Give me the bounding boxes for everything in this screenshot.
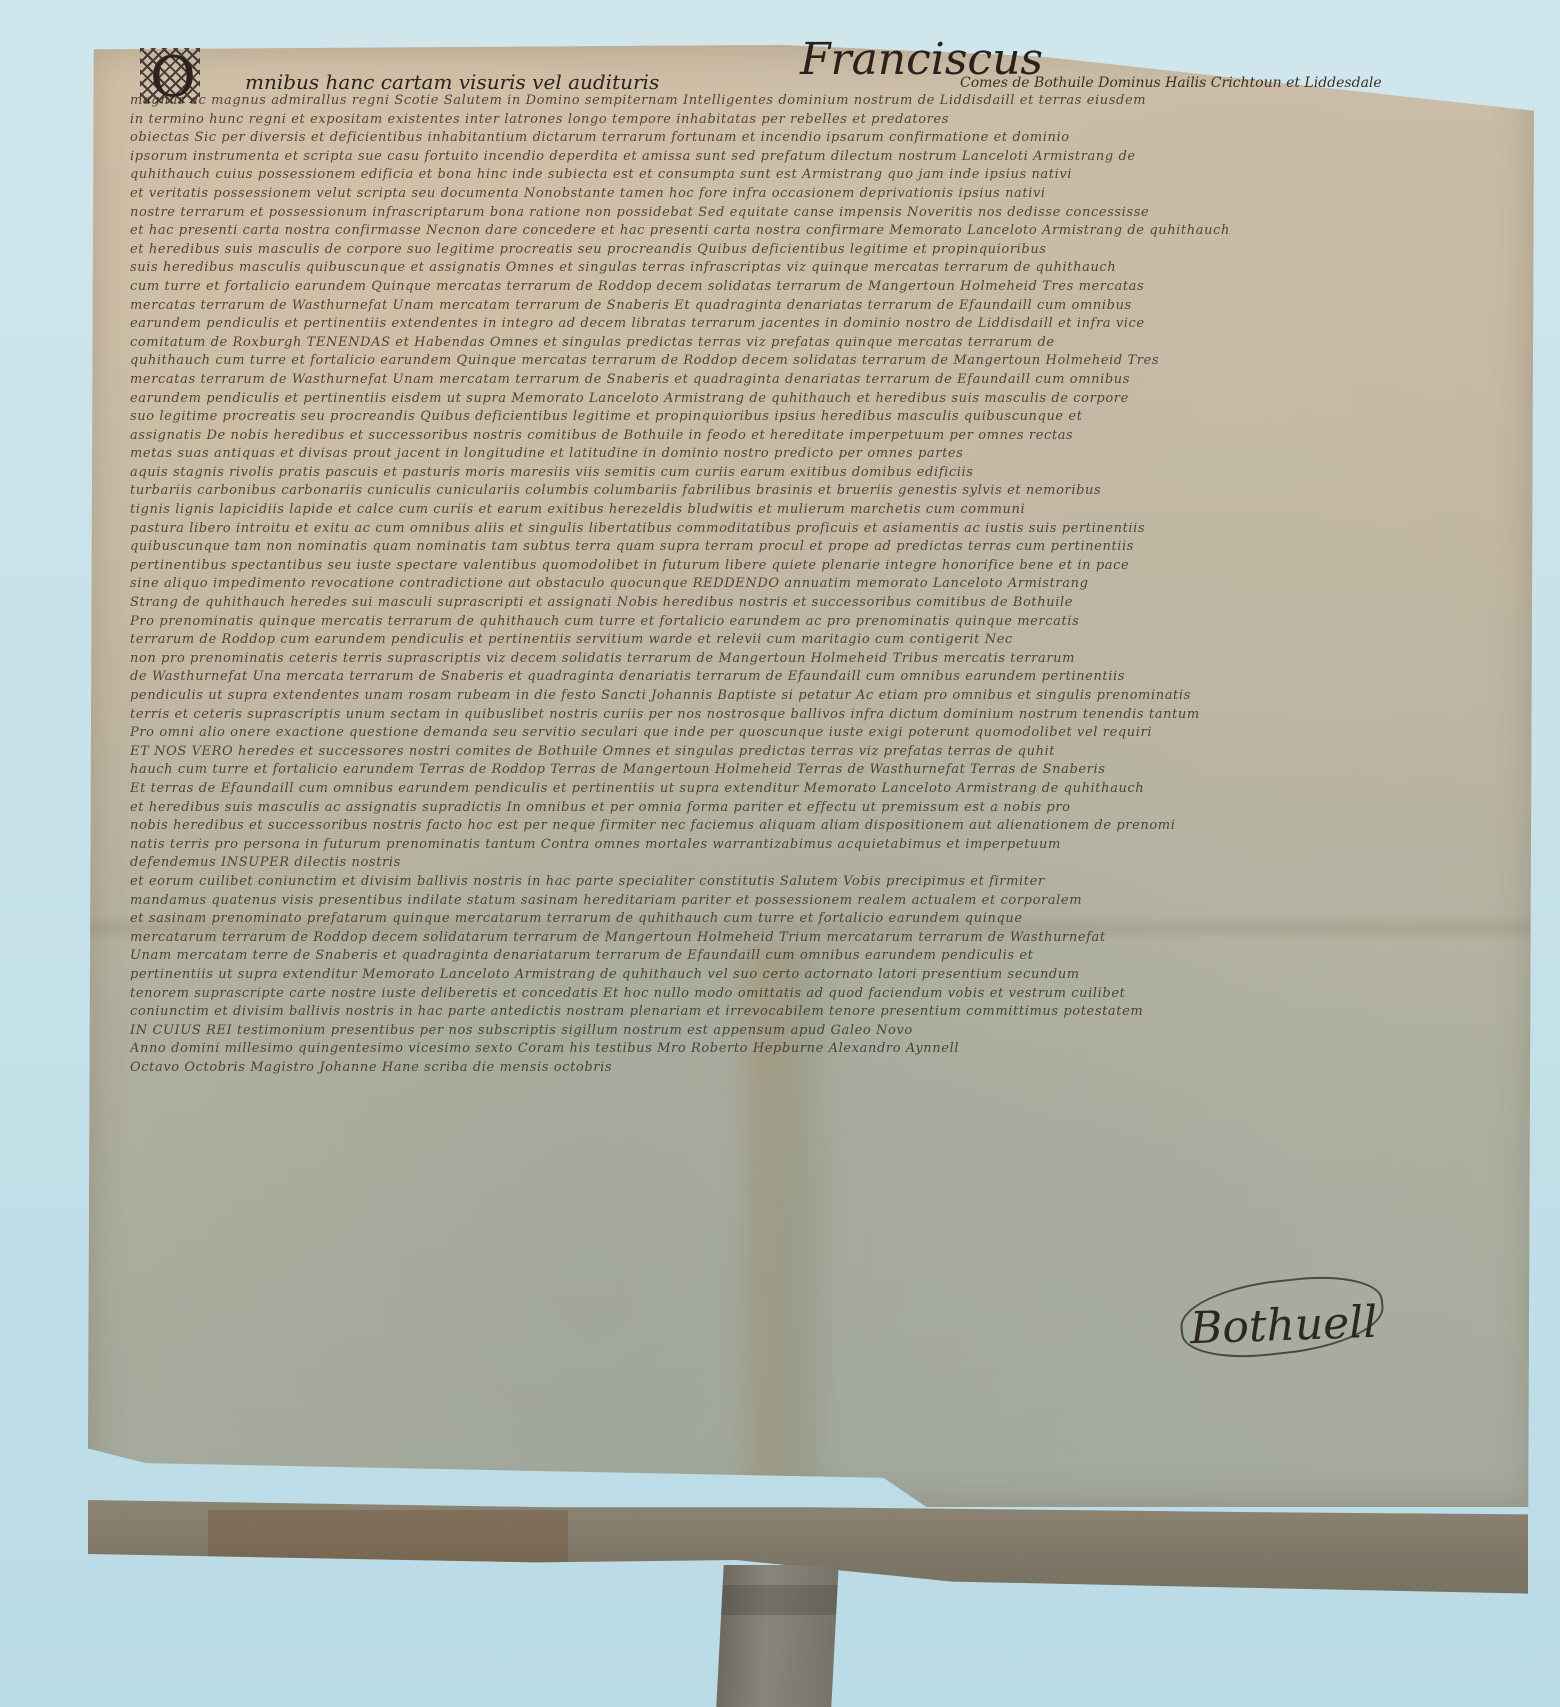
text-line: nostre terrarum et possessionum infrascr… bbox=[130, 204, 1520, 223]
seal-tag-fold bbox=[721, 1585, 838, 1615]
text-line: quibuscunque tam non nominatis quam nomi… bbox=[130, 538, 1520, 557]
text-line: suis heredibus masculis quibuscunque et … bbox=[130, 259, 1520, 278]
text-line: et heredibus suis masculis de corpore su… bbox=[130, 241, 1520, 260]
text-line-insuper: defendemus INSUPER dilectis nostris bbox=[130, 854, 1520, 873]
text-line: Strang de quhithauch heredes sui masculi… bbox=[130, 594, 1520, 613]
text-line: turbariis carbonibus carbonariis cunicul… bbox=[130, 482, 1520, 501]
text-line-dating: Anno domini millesimo quingentesimo vice… bbox=[130, 1040, 1520, 1059]
text-line: mercatas terrarum de Wasthurnefat Unam m… bbox=[130, 371, 1520, 390]
text-line: mercatarum terrarum de Roddop decem soli… bbox=[130, 929, 1520, 948]
text-line: earundem pendiculis et pertinentiis eisd… bbox=[130, 390, 1520, 409]
text-line: natis terris pro persona in futurum pren… bbox=[130, 836, 1520, 855]
turn-up-stain bbox=[208, 1510, 568, 1585]
text-line: et veritatis possessionem velut scripta … bbox=[130, 185, 1520, 204]
text-line-et-nos-vero: ET NOS VERO heredes et successores nostr… bbox=[130, 743, 1520, 762]
text-line: terrarum de Roddop cum earundem pendicul… bbox=[130, 631, 1520, 650]
text-line: et heredibus suis masculis ac assignatis… bbox=[130, 799, 1520, 818]
text-line: assignatis De nobis heredibus et success… bbox=[130, 427, 1520, 446]
text-line: earundem pendiculis et pertinentiis exte… bbox=[130, 315, 1520, 334]
text-line: pertinentiis ut supra extenditur Memorat… bbox=[130, 966, 1520, 985]
text-line: coniunctim et divisim ballivis nostris i… bbox=[130, 1003, 1520, 1022]
text-line: et hac presenti carta nostra confirmasse… bbox=[130, 222, 1520, 241]
opening-words: mnibus hanc cartam visuris vel audituris bbox=[245, 70, 659, 94]
text-line: mandamus quatenus visis presentibus indi… bbox=[130, 892, 1520, 911]
grantor-title: Comes de Bothuile Dominus Hailis Crichto… bbox=[960, 75, 1382, 91]
text-line: Pro omni alio onere exactione questione … bbox=[130, 724, 1520, 743]
text-line: de Wasthurnefat Una mercata terrarum de … bbox=[130, 668, 1520, 687]
text-line: cum turre et fortalicio earundem Quinque… bbox=[130, 278, 1520, 297]
text-line: tenorem suprascripte carte nostre iuste … bbox=[130, 985, 1520, 1004]
text-line: quhithauch cuius possessionem edificia e… bbox=[130, 166, 1520, 185]
text-line: quhithauch cum turre et fortalicio earun… bbox=[130, 352, 1520, 371]
text-line: terris et ceteris suprascriptis unum sec… bbox=[130, 706, 1520, 725]
text-line: non pro prenominatis ceteris terris supr… bbox=[130, 650, 1520, 669]
text-line-reddendo: sine aliquo impedimento revocatione cont… bbox=[130, 575, 1520, 594]
text-line: Pro prenominatis quinque mercatis terrar… bbox=[130, 613, 1520, 632]
text-line: tignis lignis lapicidiis lapide et calce… bbox=[130, 501, 1520, 520]
text-line: et eorum cuilibet coniunctim et divisim … bbox=[130, 873, 1520, 892]
text-line-witnesses: Octavo Octobris Magistro Johanne Hane sc… bbox=[130, 1059, 1520, 1078]
text-line-in-cuius-rei: IN CUIUS REI testimonium presentibus per… bbox=[130, 1022, 1520, 1041]
text-line: mercatas terrarum de Wasthurnefat Unam m… bbox=[130, 297, 1520, 316]
text-line: pendiculis ut supra extendentes unam ros… bbox=[130, 687, 1520, 706]
text-line: pastura libero introitu et exitu ac cum … bbox=[130, 520, 1520, 539]
text-line: aquis stagnis rivolis pratis pascuis et … bbox=[130, 464, 1520, 483]
text-line: Unam mercatam terre de Snaberis et quadr… bbox=[130, 947, 1520, 966]
text-line: magnus ac magnus admirallus regni Scotie… bbox=[130, 92, 1520, 111]
text-line: et sasinam prenominato prefatarum quinqu… bbox=[130, 910, 1520, 929]
text-line: pertinentibus spectantibus seu iuste spe… bbox=[130, 557, 1520, 576]
text-line: ipsorum instrumenta et scripta sue casu … bbox=[130, 148, 1520, 167]
charter-body-text: magnus ac magnus admirallus regni Scotie… bbox=[130, 92, 1520, 1077]
text-line-tenendas: comitatum de Roxburgh TENENDAS et Habend… bbox=[130, 334, 1520, 353]
text-line: in termino hunc regni et expositam exist… bbox=[130, 111, 1520, 130]
text-line: hauch cum turre et fortalicio earundem T… bbox=[130, 761, 1520, 780]
text-line: suo legitime procreatis seu procreandis … bbox=[130, 408, 1520, 427]
signature: Bothuell bbox=[1189, 1297, 1378, 1355]
text-line: Et terras de Efaundaill cum omnibus earu… bbox=[130, 780, 1520, 799]
seal-tag bbox=[716, 1565, 838, 1707]
text-line: nobis heredibus et successoribus nostris… bbox=[130, 817, 1520, 836]
text-line: metas suas antiquas et divisas prout jac… bbox=[130, 445, 1520, 464]
text-line: obiectas Sic per diversis et deficientib… bbox=[130, 129, 1520, 148]
